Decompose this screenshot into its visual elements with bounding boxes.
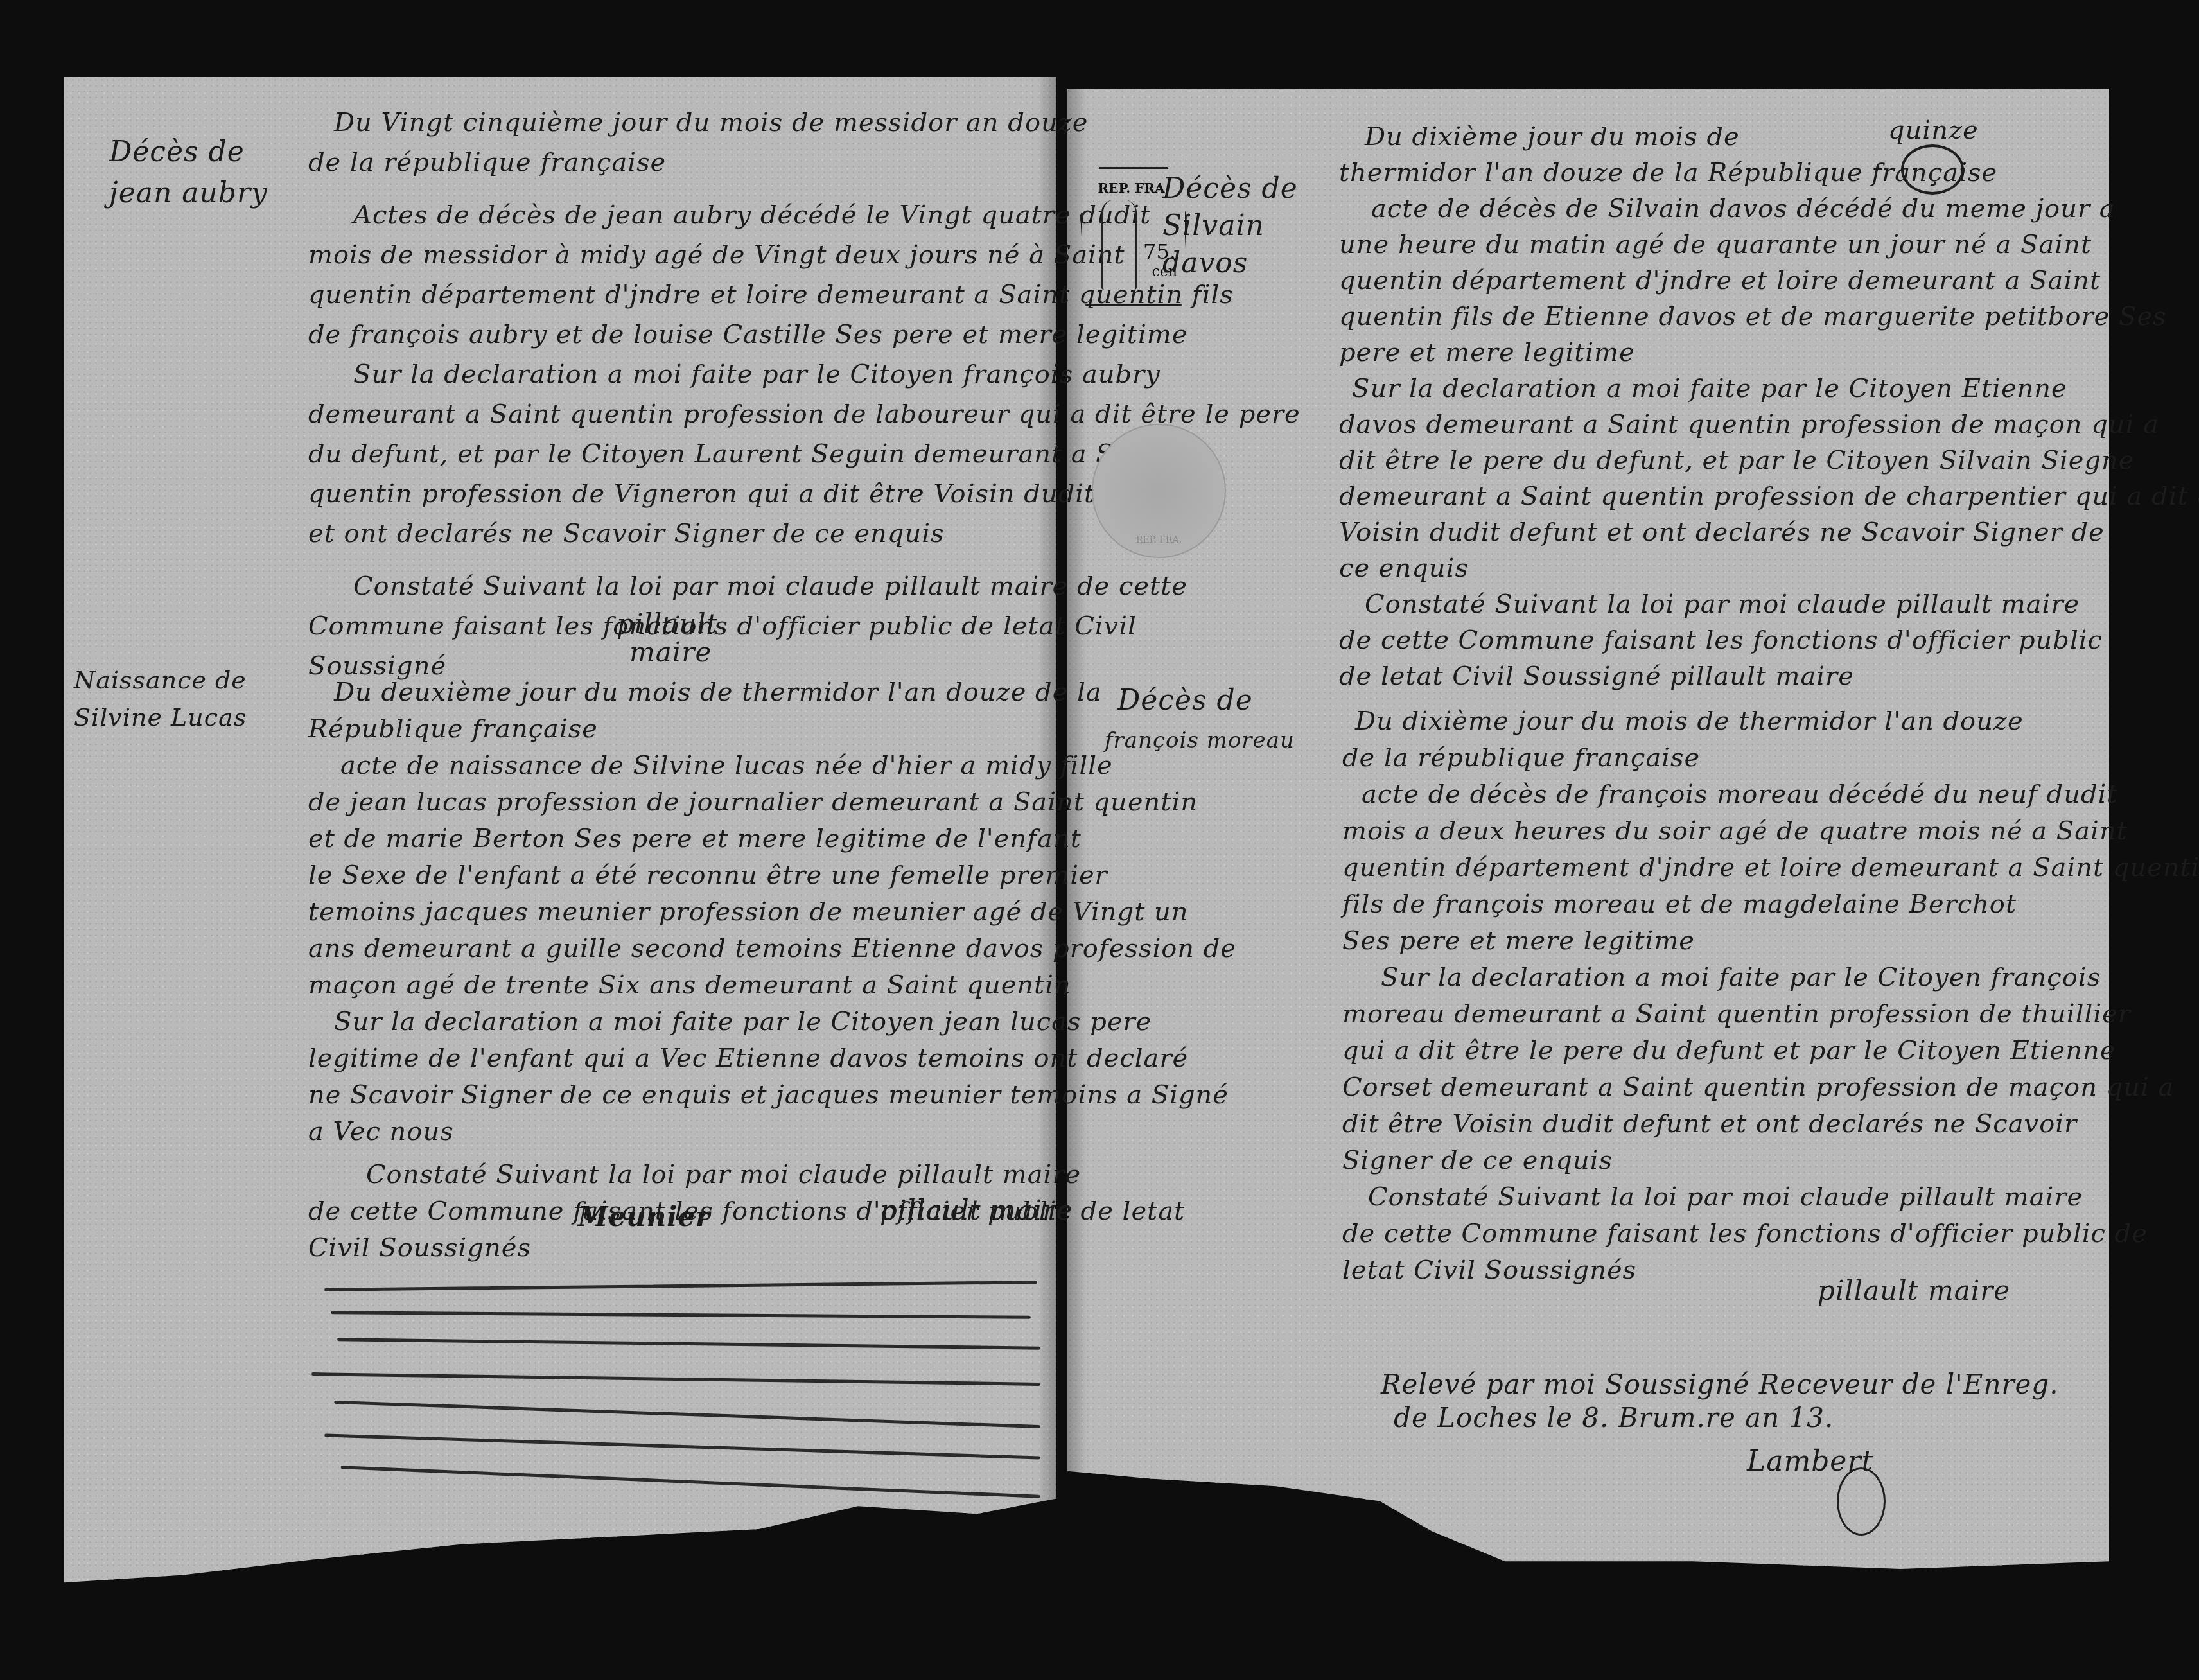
margin-note-line: Silvain	[1162, 207, 1298, 245]
act-line: legitime de l'enfant qui a Vec Etienne d…	[308, 1040, 1236, 1077]
act-line: mois a deux heures du soir agé de quatre…	[1342, 813, 2199, 850]
margin-note-line: jean aubry	[109, 173, 268, 214]
act-line: Du Vingt cinquième jour du mois de messi…	[334, 103, 1301, 143]
act-deces-silvain-davos: Du dixième jour du mois de thermidor l'a…	[1339, 119, 2199, 694]
certification-line: de Loches le 8. Brum.re an 13.	[1394, 1401, 2059, 1435]
act-line: ans demeurant a guille second temoins Et…	[308, 931, 1236, 967]
act-line: Sur la declaration a moi faite par le Ci…	[1381, 959, 2199, 996]
act-line: de jean lucas profession de journalier d…	[308, 784, 1236, 821]
signature-title: maire	[629, 638, 718, 667]
act-line: dit être Voisin dudit defunt et ont decl…	[1342, 1106, 2199, 1142]
act-line: moreau demeurant a Saint quentin profess…	[1342, 996, 2199, 1033]
act-line: maçon agé de trente Six ans demeurant a …	[308, 967, 1236, 1004]
margin-note-line: Naissance de	[74, 661, 247, 699]
certification-line: Relevé par moi Soussigné Receveur de l'E…	[1381, 1368, 2059, 1401]
act-line: Ses pere et mere legitime	[1342, 923, 2199, 959]
act-line: ne Scavoir Signer de ce enquis et jacque…	[308, 1077, 1236, 1114]
act-line: quentin département d'jndre et loire dem…	[1339, 263, 2199, 299]
act-line: Corset demeurant a Saint quentin profess…	[1342, 1069, 2199, 1106]
signature-flourish-icon	[1837, 1467, 1886, 1536]
act-line: pere et mere legitime	[1339, 335, 2199, 371]
margin-note-line: Décès de	[1117, 681, 1295, 721]
act-line: et de marie Berton Ses pere et mere legi…	[308, 821, 1236, 857]
act-line: fils de françois moreau et de magdelaine…	[1342, 886, 2199, 923]
act-line: Constaté Suivant la loi par moi claude p…	[353, 566, 1301, 606]
margin-note-line: davos	[1162, 245, 1298, 282]
act-line: ce enquis	[1339, 550, 2199, 586]
act-line: qui a dit être le pere du defunt et par …	[1342, 1033, 2199, 1069]
act-line: Sur la declaration a moi faite par le Ci…	[334, 1004, 1236, 1040]
margin-note-deces-jean-aubry: Décès de jean aubry	[109, 132, 268, 214]
act-line: une heure du matin agé de quarante un jo…	[1339, 227, 2199, 263]
signature-pillault-maire: pillault maire	[617, 610, 718, 667]
act-line: le Sexe de l'enfant a été reconnu être u…	[308, 857, 1236, 894]
margin-note-line: Décès de	[109, 132, 268, 173]
act-line: letat Civil Soussignés	[1342, 1252, 2199, 1289]
act-line: temoins jacques meunier profession de me…	[308, 894, 1236, 931]
act-line: Sur la declaration a moi faite par le Ci…	[1352, 371, 2199, 407]
act-line: a Vec nous	[308, 1114, 1236, 1150]
act-line: Du deuxième jour du mois de thermidor l'…	[334, 674, 1236, 711]
signature-pillault-maire: pillault maire	[880, 1194, 1073, 1226]
margin-note-deces-silvain-davos: Décès de Silvain davos	[1162, 170, 1298, 282]
signature-name: pillault	[617, 610, 718, 638]
act-line: de letat Civil Soussigné pillault maire	[1339, 658, 2199, 694]
act-line: République française	[308, 711, 1236, 748]
act-line: Signer de ce enquis	[1342, 1142, 2199, 1179]
act-line: Du dixième jour du mois de	[1365, 119, 2199, 155]
act-line: davos demeurant a Saint quentin professi…	[1339, 407, 2199, 442]
embossed-seal-icon: RÉP. FRA.	[1092, 424, 1226, 558]
act-line: thermidor l'an douze de la République fr…	[1339, 155, 2199, 191]
act-line: demeurant a Saint quentin profession de …	[1339, 478, 2199, 514]
act-line: de cette Commune faisant les fonctions d…	[1342, 1216, 2199, 1252]
act-deces-francois-moreau: Du dixième jour du mois de thermidor l'a…	[1342, 703, 2199, 1289]
act-line: acte de naissance de Silvine lucas née d…	[340, 748, 1236, 784]
seal-text: RÉP. FRA.	[1093, 535, 1225, 545]
act-line: de cette Commune faisant les fonctions d…	[1339, 622, 2199, 658]
enregistrement-certification: Relevé par moi Soussigné Receveur de l'E…	[1381, 1368, 2059, 1435]
act-line: Commune faisant les fonctions d'officier…	[308, 606, 1301, 646]
margin-note-line: Décès de	[1162, 170, 1298, 207]
act-line: Constaté Suivant la loi par moi claude p…	[1368, 1179, 2199, 1216]
act-line: Constaté Suivant la loi par moi claude p…	[1365, 586, 2199, 622]
act-line: de cette Commune faisant les fonctions d…	[308, 1193, 1236, 1230]
act-naissance-silvine-lucas: Du deuxième jour du mois de thermidor l'…	[308, 674, 1236, 1266]
margin-note-deces-francois-moreau: Décès de françois moreau	[1105, 681, 1295, 760]
act-line: acte de décès de Silvain davos décédé du…	[1371, 191, 2199, 227]
margin-note-line: Silvine Lucas	[74, 699, 247, 736]
margin-note-line: françois moreau	[1105, 721, 1295, 760]
act-line: Du dixième jour du mois de thermidor l'a…	[1355, 703, 2199, 740]
act-line: Sur la declaration a moi faite par le Ci…	[353, 354, 1301, 394]
margin-note-naissance-silvine-lucas: Naissance de Silvine Lucas	[74, 661, 247, 736]
signature-meunier: Meunier	[578, 1201, 710, 1232]
signature-pillault-maire: pillault maire	[1818, 1275, 2010, 1306]
act-line: quentin département d'jndre et loire dem…	[1342, 850, 2199, 886]
act-line: Civil Soussignés	[308, 1230, 1236, 1266]
marianne-figure-icon	[1101, 200, 1137, 290]
act-line: acte de décès de françois moreau décédé …	[1362, 776, 2199, 813]
act-line: de françois aubry et de louise Castille …	[308, 315, 1301, 354]
act-line: Voisin dudit defunt et ont declarés ne S…	[1339, 514, 2199, 550]
act-line: quentin fils de Etienne davos et de marg…	[1339, 299, 2199, 335]
act-line: dit être le pere du defunt, et par le Ci…	[1339, 442, 2199, 478]
act-line: Constaté Suivant la loi par moi claude p…	[366, 1157, 1236, 1193]
act-line: de la république française	[1342, 740, 2199, 776]
